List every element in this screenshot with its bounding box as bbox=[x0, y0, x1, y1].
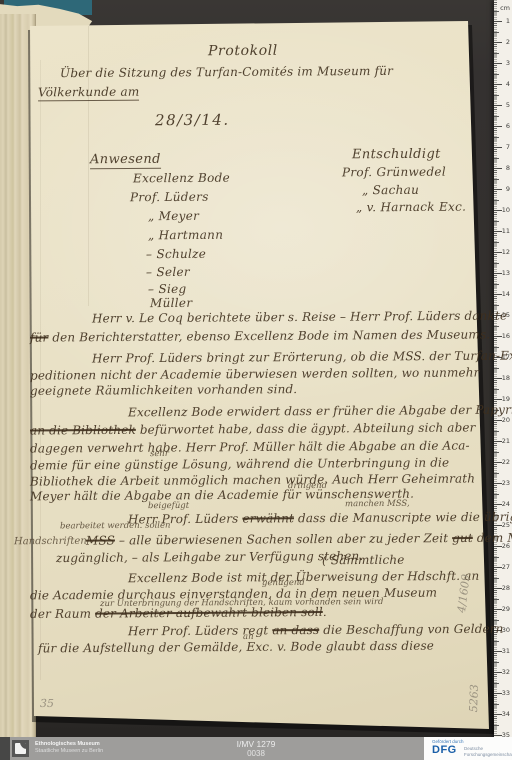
ruler-cm-tick bbox=[494, 147, 502, 148]
dfg-name-line2: Forschungsgemeinschaft bbox=[464, 752, 512, 758]
ruler-cm-number: 20 bbox=[502, 416, 510, 424]
ruler-half-cm-tick bbox=[494, 368, 499, 369]
ruler-half-cm-tick bbox=[494, 200, 499, 201]
ruler-cm-number: 18 bbox=[502, 374, 510, 382]
ruler-half-cm-tick bbox=[494, 578, 499, 579]
ruler-cm-number: 23 bbox=[502, 479, 510, 487]
ruler-cm-number: 13 bbox=[502, 269, 510, 277]
ruler-half-cm-tick bbox=[494, 641, 499, 642]
ruler-cm-number: 11 bbox=[502, 227, 510, 235]
ruler-half-cm-tick bbox=[494, 452, 499, 453]
ruler-cm-number: 24 bbox=[502, 500, 510, 508]
ruler-cm-number: 1 bbox=[506, 17, 510, 25]
ruler-half-cm-tick bbox=[494, 305, 499, 306]
ruler-half-cm-tick bbox=[494, 326, 499, 327]
ruler-cm-number: 16 bbox=[502, 332, 510, 340]
ruler-cm-number: 32 bbox=[502, 668, 510, 676]
ruler-cm-number: 21 bbox=[502, 437, 510, 445]
ruler-cm-tick bbox=[494, 84, 502, 85]
page-crease bbox=[40, 60, 41, 680]
ruler-cm-tick bbox=[494, 168, 502, 169]
museum-name-block: Ethnologisches Museum Staatliche Museen … bbox=[35, 741, 103, 755]
ruler-cm-number: 31 bbox=[502, 647, 510, 655]
ruler-half-cm-tick bbox=[494, 431, 499, 432]
digitization-footer-bar: Ethnologisches Museum Staatliche Museen … bbox=[0, 737, 512, 760]
scan-page-number: 0038 bbox=[196, 749, 316, 758]
archive-id-block: I/MV 1279 0038 bbox=[196, 739, 316, 758]
ruler-half-cm-tick bbox=[494, 620, 499, 621]
ruler-cm-number: 19 bbox=[502, 395, 510, 403]
ruler-cm-number: 5 bbox=[506, 101, 510, 109]
ruler-half-cm-tick bbox=[494, 389, 499, 390]
ruler-cm-tick bbox=[494, 42, 502, 43]
ruler-half-cm-tick bbox=[494, 494, 499, 495]
archive-signature: I/MV 1279 bbox=[196, 739, 316, 749]
page-crease bbox=[88, 26, 89, 306]
ruler-cm-number: 14 bbox=[502, 290, 510, 298]
manuscript-page bbox=[0, 0, 512, 760]
ruler-cm-number: 34 bbox=[502, 710, 510, 718]
dfg-abbr: DFG bbox=[432, 744, 457, 756]
ruler-half-cm-tick bbox=[494, 32, 499, 33]
ruler-half-cm-tick bbox=[494, 536, 499, 537]
museum-parent-org: Staatliche Museen zu Berlin bbox=[35, 748, 103, 755]
ruler-cm-number: 25 bbox=[502, 521, 510, 529]
archival-scan-viewport: ProtokollÜber die Sitzung des Turfan-Com… bbox=[0, 0, 512, 760]
footer-shadow bbox=[0, 737, 10, 760]
ruler-half-cm-tick bbox=[494, 263, 499, 264]
ruler-cm-number: 15 bbox=[502, 311, 510, 319]
ruler-cm-number: 8 bbox=[506, 164, 510, 172]
ruler-cm-number: 3 bbox=[506, 59, 510, 67]
smb-glyph bbox=[15, 743, 26, 754]
ruler-cm-number: 33 bbox=[502, 689, 510, 697]
ruler-cm-number: 7 bbox=[506, 143, 510, 151]
ruler-half-cm-tick bbox=[494, 116, 499, 117]
ruler-half-cm-tick bbox=[494, 515, 499, 516]
ruler-cm-tick bbox=[494, 189, 502, 190]
ruler-cm-number: 28 bbox=[502, 584, 510, 592]
ruler-cm-number: 9 bbox=[506, 185, 510, 193]
ruler-half-cm-tick bbox=[494, 683, 499, 684]
ruler-half-cm-tick bbox=[494, 410, 499, 411]
ruler-cm-tick bbox=[494, 105, 502, 106]
ruler: cm 1234567891011121314151617181920212223… bbox=[494, 0, 512, 760]
ruler-half-cm-tick bbox=[494, 242, 499, 243]
ruler-half-cm-tick bbox=[494, 557, 499, 558]
ruler-cm-tick bbox=[494, 126, 502, 127]
ruler-mm-ticks bbox=[494, 0, 497, 740]
ruler-half-cm-tick bbox=[494, 179, 499, 180]
ruler-half-cm-tick bbox=[494, 473, 499, 474]
ruler-half-cm-tick bbox=[494, 11, 499, 12]
ruler-half-cm-tick bbox=[494, 662, 499, 663]
ruler-cm-number: 12 bbox=[502, 248, 510, 256]
ruler-half-cm-tick bbox=[494, 158, 499, 159]
ruler-cm-number: 17 bbox=[502, 353, 510, 361]
ruler-half-cm-tick bbox=[494, 137, 499, 138]
ruler-half-cm-tick bbox=[494, 284, 499, 285]
ruler-half-cm-tick bbox=[494, 704, 499, 705]
dfg-logo: Gefördert durch DFG Deutsche Forschungsg… bbox=[424, 737, 512, 760]
ruler-cm-tick bbox=[494, 63, 502, 64]
ruler-cm-number: 4 bbox=[506, 80, 510, 88]
ruler-cm-number: 26 bbox=[502, 542, 510, 550]
museum-name: Ethnologisches Museum bbox=[35, 741, 103, 748]
smb-museum-logo-icon bbox=[12, 740, 29, 757]
ruler-half-cm-tick bbox=[494, 347, 499, 348]
ruler-half-cm-tick bbox=[494, 74, 499, 75]
ruler-unit-label: cm bbox=[500, 4, 510, 12]
ruler-cm-number: 29 bbox=[502, 605, 510, 613]
ruler-cm-tick bbox=[494, 21, 502, 22]
smb-glyph-notch bbox=[20, 743, 26, 749]
ruler-half-cm-tick bbox=[494, 53, 499, 54]
ruler-cm-number: 6 bbox=[506, 122, 510, 130]
ruler-half-cm-tick bbox=[494, 95, 499, 96]
dfg-full-name: Deutsche Forschungsgemeinschaft bbox=[464, 746, 512, 757]
ruler-half-cm-tick bbox=[494, 599, 499, 600]
ruler-half-cm-tick bbox=[494, 725, 499, 726]
ruler-cm-number: 10 bbox=[502, 206, 510, 214]
ruler-cm-number: 22 bbox=[502, 458, 510, 466]
ruler-cm-number: 27 bbox=[502, 563, 510, 571]
ruler-half-cm-tick bbox=[494, 221, 499, 222]
ruler-cm-number: 30 bbox=[502, 626, 510, 634]
ruler-cm-number: 2 bbox=[506, 38, 510, 46]
